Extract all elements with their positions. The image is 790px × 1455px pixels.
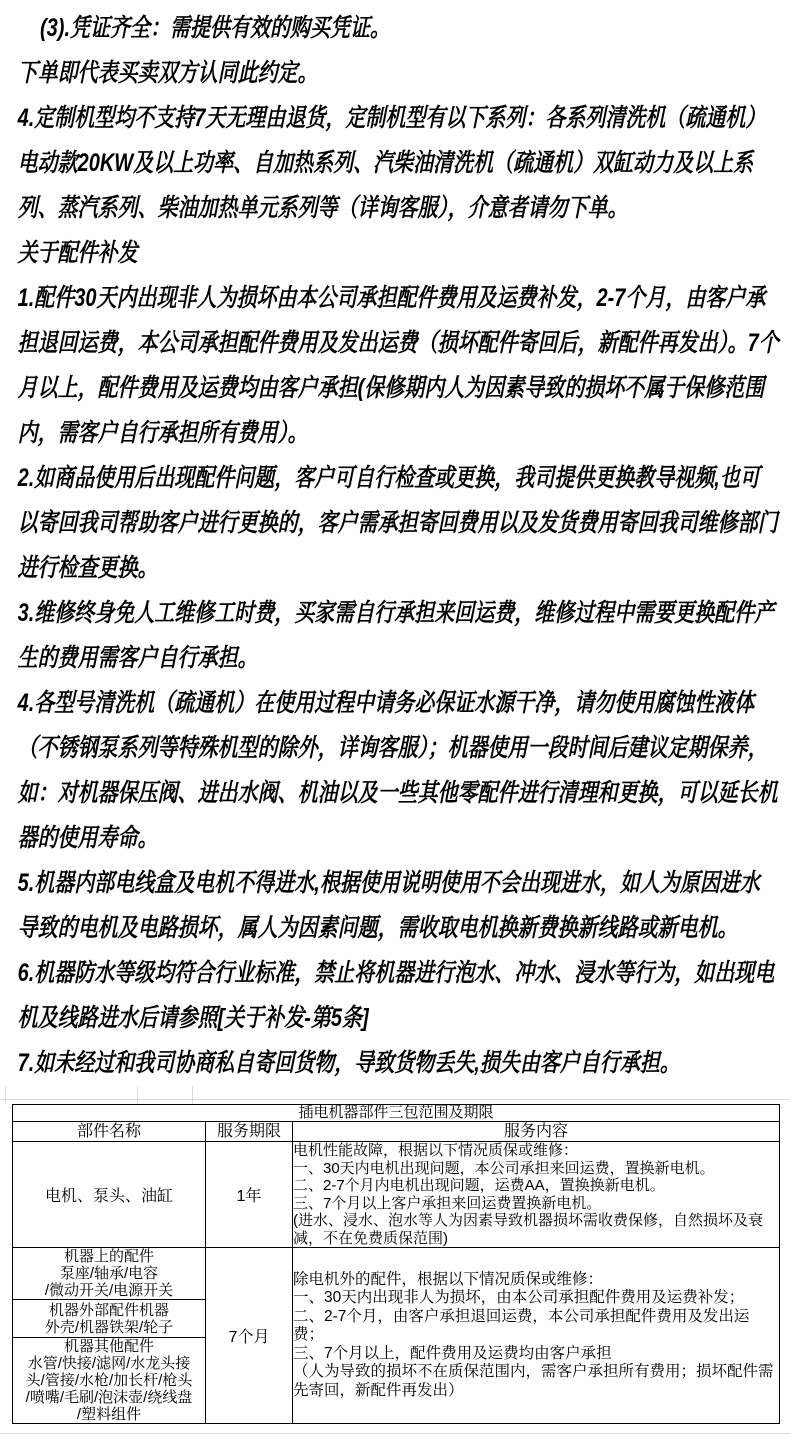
part-line: 机器其他配件 [13,1338,205,1355]
product-aftersales-page: { "paragraphs": [ { "text": "(3).凭证齐全：需提… [0,0,790,1455]
cell-motor-period: 1年 [206,1142,293,1248]
table-header-row: 部件名称 服务期限 服务内容 [13,1122,780,1142]
terms-text-block: (3).凭证齐全：需提供有效的购买凭证。 下单即代表买卖双方认同此约定。 4.定… [0,6,790,1086]
service-line: 电机性能故障，根据以下情况质保或维修： [293,1142,779,1160]
reissue-clause-1: 1.配件30天内出现非人为损坏由本公司承担配件费用及运费补发，2-7个月，由客户… [18,276,780,456]
cell-motor-part-name: 电机、泵头、油缸 [13,1142,206,1248]
part-line: 机器外部配件机器 [13,1302,205,1319]
part-line: 外壳/机器铁架/轮子 [13,1319,205,1336]
clause-order-agreement: 下单即代表买卖双方认同此约定。 [18,51,780,96]
clause-custom-models-no-return: 4.定制机型均不支持7天无理由退货，定制机型有以下系列：各系列清洗机（疏通机）电… [18,96,780,231]
cell-parts-other: 机器其他配件 水管/快接/滤网/水龙头接 头/管接/水枪/加长杆/枪头 /喷嘴/… [13,1338,206,1424]
section-heading-parts-reissue: 关于配件补发 [18,231,780,276]
table-row-parts-group1: 机器上的配件 泵座/轴承/电容 /微动开关/电源开关 7个月 除电机外的配件，根… [13,1248,780,1300]
clause-voucher: (3).凭证齐全：需提供有效的购买凭证。 [18,6,780,51]
cell-parts-on-machine: 机器上的配件 泵座/轴承/电容 /微动开关/电源开关 [13,1248,206,1300]
part-line: 泵座/轴承/电容 [13,1265,205,1282]
warranty-scope-table: 插电机器部件三包范围及期限 部件名称 服务期限 服务内容 电机、泵头、油缸 1年… [12,1104,780,1424]
service-line: 一、30天内电机出现问题，本公司承担来回运费，置换新电机。 [293,1160,779,1178]
reissue-clause-5: 5.机器内部电线盒及电机不得进水,根据使用说明使用不会出现进水，如人为原因进水导… [18,861,780,951]
faint-gridline-tick [5,1086,6,1104]
reissue-clause-2: 2.如商品使用后出现配件问题，客户可自行检查或更换，我司提供更换教导视频,也可以… [18,456,780,591]
service-line: 三、7个月以上客户承担来回运费置换新电机。 [293,1195,779,1213]
service-line: 二、2-7个月，由客户承担退回运费，本公司承担配件费用及发出运费； [293,1308,779,1345]
reissue-clause-6: 6.机器防水等级均符合行业标准，禁止将机器进行泡水、冲水、浸水等行为，如出现电机… [18,951,780,1041]
faint-gridline-horizontal-top [0,1099,790,1100]
part-line: 头/管接/水枪/加长杆/枪头 [13,1372,205,1389]
cell-parts-external: 机器外部配件机器 外壳/机器铁架/轮子 [13,1300,206,1338]
header-service-content: 服务内容 [293,1122,780,1142]
table-row-motor: 电机、泵头、油缸 1年 电机性能故障，根据以下情况质保或维修： 一、30天内电机… [13,1142,780,1248]
cell-motor-service: 电机性能故障，根据以下情况质保或维修： 一、30天内电机出现问题，本公司承担来回… [293,1142,780,1248]
reissue-clause-4: 4.各型号清洗机（疏通机）在使用过程中请务必保证水源干净，请勿使用腐蚀性液体（不… [18,681,780,861]
table-title: 插电机器部件三包范围及期限 [13,1105,780,1122]
service-line: 二、2-7个月内电机出现问题，运费AA，置换换新电机。 [293,1177,779,1195]
service-line: （人为导致的损坏不在质保范围内，需客户承担所有费用；损坏配件需先寄回，新配件再发… [293,1363,779,1400]
part-line: /微动开关/电源开关 [13,1282,205,1299]
service-line: 一、30天内出现非人为损坏，由本公司承担配件费用及运费补发； [293,1289,779,1308]
faint-gridline-tick [192,1086,193,1104]
faint-gridline-horizontal-bottom [0,1433,790,1434]
service-line: 除电机外的配件，根据以下情况质保或维修： [293,1271,779,1290]
header-part-name: 部件名称 [13,1122,206,1142]
part-line: 机器上的配件 [13,1248,205,1265]
cell-parts-service: 除电机外的配件，根据以下情况质保或维修： 一、30天内出现非人为损坏，由本公司承… [293,1248,780,1424]
part-line: 水管/快接/滤网/水龙头接 [13,1355,205,1372]
reissue-clause-7: 7.如未经过和我司协商私自寄回货物，导致货物丢失,损失由客户自行承担。 [18,1041,780,1086]
part-line: /塑料组件 [13,1406,205,1423]
service-line: 三、7个月以上，配件费用及运费均由客户承担 [293,1345,779,1364]
header-service-period: 服务期限 [206,1122,293,1142]
reissue-clause-3: 3.维修终身免人工维修工时费，买家需自行承担来回运费，维修过程中需要更换配件产生… [18,591,780,681]
table-title-row: 插电机器部件三包范围及期限 [13,1105,780,1122]
service-line: (进水、浸水、泡水等人为因素导致机器损坏需收费保修，自然损坏及衰减，不在免费质保… [293,1212,779,1247]
cell-parts-period: 7个月 [206,1248,293,1424]
faint-gridline-tick [137,1086,138,1104]
part-line: /喷嘴/毛刷/泡沫壶/绕线盘 [13,1389,205,1406]
